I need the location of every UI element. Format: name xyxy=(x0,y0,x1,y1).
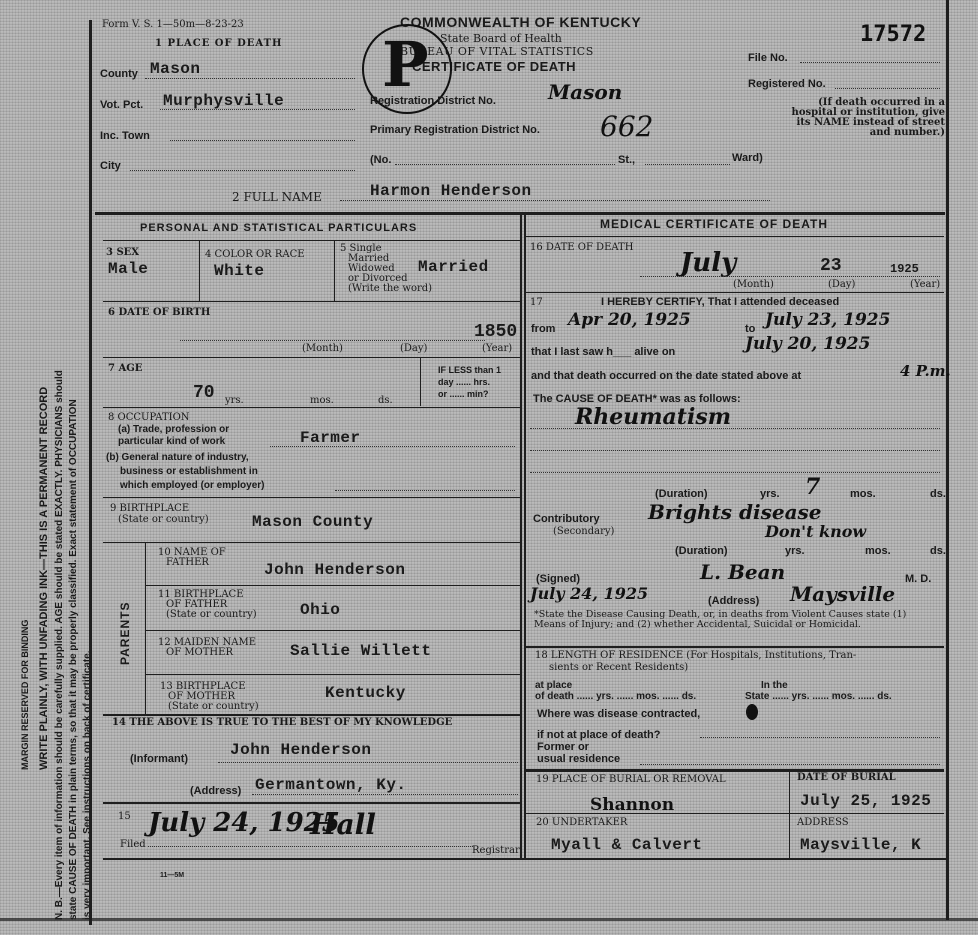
city-label: City xyxy=(100,160,121,172)
margin-write-plainly: WRITE PLAINLY, WITH UNFADING INK—THIS IS… xyxy=(38,387,50,770)
file-number-value: 17572 xyxy=(860,22,926,47)
vot-pct-label: Vot. Pct. xyxy=(100,99,143,111)
row-line xyxy=(103,407,520,408)
informant-value: John Henderson xyxy=(230,741,371,759)
occupation-label: 8 OCCUPATION xyxy=(108,413,190,423)
last-saw-label: that I last saw h___ alive on xyxy=(531,346,675,358)
occupation-b-label: (b) General nature of industry, business… xyxy=(106,451,264,493)
cell-divider xyxy=(199,241,200,301)
duration-label: (Duration) xyxy=(655,488,708,500)
institution-note: (If death occurred in a hospital or inst… xyxy=(790,98,945,138)
registrar-signature: Hall xyxy=(310,808,376,841)
certify-number: 17 xyxy=(530,298,543,308)
age-yrs-label: yrs. xyxy=(225,396,244,406)
occurred-label: and that death occurred on the date stat… xyxy=(531,370,801,382)
physician-address-value: Maysville xyxy=(790,582,895,606)
filed-field xyxy=(148,846,473,847)
age-years-value: 70 xyxy=(193,383,215,403)
full-name-value: Harmon Henderson xyxy=(370,182,532,200)
duration-ds-label: ds. xyxy=(930,488,946,500)
father-name-value: John Henderson xyxy=(264,561,405,579)
duration-mos-label: mos. xyxy=(850,488,876,500)
contributory-label: Contributory xyxy=(533,513,600,525)
race-value: White xyxy=(214,262,265,280)
registration-district-value: Mason xyxy=(548,80,622,104)
footer-code: 11—5M xyxy=(160,872,184,879)
dob-year-label: (Year) xyxy=(482,344,512,354)
death-year-label: (Year) xyxy=(910,280,940,290)
death-month-value: July xyxy=(680,248,736,278)
attended-from-value: Apr 20, 1925 xyxy=(568,310,691,330)
sex-label: 3 SEX xyxy=(106,248,139,258)
county-label: County xyxy=(100,68,138,80)
left-border xyxy=(89,20,92,925)
medical-heading: MEDICAL CERTIFICATE OF DEATH xyxy=(600,217,828,231)
sex-value: Male xyxy=(108,260,148,278)
column-divider xyxy=(520,214,522,859)
residence-at-place: at place of death ...... yrs. ...... mos… xyxy=(535,680,696,702)
race-label: 4 COLOR OR RACE xyxy=(205,250,305,260)
mother-birthplace-label: 13 BIRTHPLACE OF MOTHER (State or countr… xyxy=(160,682,259,712)
age-mos-label: mos. xyxy=(310,396,334,406)
undertaker-address-value: Maysville, K xyxy=(800,836,921,854)
parents-divider xyxy=(145,543,146,715)
secondary-label: (Secondary) xyxy=(553,527,614,537)
employer-field xyxy=(335,490,515,491)
father-name-label: 10 NAME OF FATHER xyxy=(158,548,226,568)
burial-date-value: July 25, 1925 xyxy=(800,792,931,810)
ward-label: Ward) xyxy=(732,152,763,164)
street-field xyxy=(645,164,730,165)
informant-heading: 14 THE ABOVE IS TRUE TO THE BEST OF MY K… xyxy=(112,717,452,728)
row-line xyxy=(103,802,520,804)
cause-footnote: *State the Disease Causing Death, or, in… xyxy=(534,610,939,630)
street-no-label: (No. xyxy=(370,154,391,166)
birthplace-value: Mason County xyxy=(252,513,373,531)
mother-birthplace-value: Kentucky xyxy=(325,684,406,702)
informant-address-label: (Address) xyxy=(190,785,241,797)
bottom-divider xyxy=(103,858,948,860)
full-name-label: 2 FULL NAME xyxy=(232,190,322,204)
row-line xyxy=(526,646,944,648)
occupation-value: Farmer xyxy=(300,429,361,447)
row-line xyxy=(103,240,520,241)
row-line xyxy=(526,813,944,814)
row-line xyxy=(103,497,520,498)
contracted-field xyxy=(700,737,940,738)
less-than-day-note: IF LESS than 1 day ...... hrs. or ......… xyxy=(438,364,501,400)
inc-town-field xyxy=(170,140,355,141)
contributory-value: Brights disease xyxy=(648,500,822,524)
row-line xyxy=(146,674,520,675)
county-value: Mason xyxy=(150,60,201,78)
death-certificate: MARGIN RESERVED FOR BINDING WRITE PLAINL… xyxy=(0,0,978,935)
vot-pct-field xyxy=(160,109,355,110)
commonwealth-title: COMMONWEALTH OF KENTUCKY xyxy=(400,14,641,30)
personal-heading: PERSONAL AND STATISTICAL PARTICULARS xyxy=(140,222,417,234)
last-saw-value: July 20, 1925 xyxy=(745,334,870,354)
residence-in-state: In the State ...... yrs. ...... mos. ...… xyxy=(745,680,892,702)
duration-mos-value: 7 xyxy=(805,474,820,500)
dob-year-value: 1850 xyxy=(474,322,517,342)
right-border xyxy=(946,0,949,920)
dob-field xyxy=(180,340,485,341)
filed-number: 15 xyxy=(118,812,131,822)
cause-field-1 xyxy=(530,428,940,429)
physician-address-label: (Address) xyxy=(708,595,759,607)
cell-divider xyxy=(789,770,790,858)
mother-name-value: Sallie Willett xyxy=(290,642,431,660)
registered-no-label: Registered No. xyxy=(748,78,826,90)
father-birthplace-label: 11 BIRTHPLACE OF FATHER (State or countr… xyxy=(158,590,257,620)
duration-yrs-label: yrs. xyxy=(760,488,780,500)
dob-day-label: (Day) xyxy=(400,344,427,354)
residence-heading: 18 LENGTH OF RESIDENCE (For Hospitals, I… xyxy=(535,650,856,674)
street-label: St., xyxy=(618,154,635,166)
contributory-value-2: Don't know xyxy=(765,522,866,541)
file-no-label: File No. xyxy=(748,52,788,64)
age-label: 7 AGE xyxy=(108,364,142,374)
informant-field xyxy=(218,762,518,763)
dob-label: 6 DATE OF BIRTH xyxy=(108,308,210,318)
disease-contracted-label: Where was disease contracted, if not at … xyxy=(537,704,700,746)
undertaker-value: Myall & Calvert xyxy=(551,836,703,854)
row-line xyxy=(103,357,520,358)
margin-instructions-1: N. B.—Every item of information should b… xyxy=(54,370,65,920)
county-field xyxy=(145,78,355,79)
informant-address-field xyxy=(252,794,518,795)
place-of-death-heading: 1 PLACE OF DEATH xyxy=(155,38,283,49)
burial-date-label: DATE OF BURIAL xyxy=(797,773,896,783)
file-no-field xyxy=(800,62,940,63)
board-of-health: State Board of Health xyxy=(440,32,562,45)
informant-address-value: Germantown, Ky. xyxy=(255,776,407,794)
dob-month-label: (Month) xyxy=(302,344,343,354)
duration-ds-label-2: ds. xyxy=(930,545,946,557)
margin-instructions-2: state CAUSE OF DEATH in plain terms, so … xyxy=(68,399,79,920)
filed-label: Filed xyxy=(120,840,146,850)
occupation-field xyxy=(270,446,515,447)
column-divider-2 xyxy=(524,214,526,859)
vot-pct-value: Murphysville xyxy=(163,92,284,110)
row-line xyxy=(526,292,944,293)
duration-mos-label-2: mos. xyxy=(865,545,891,557)
row-line xyxy=(526,236,944,237)
signed-value: L. Bean xyxy=(700,560,785,584)
duration-label-2: (Duration) xyxy=(675,545,728,557)
cause-value: Rheumatism xyxy=(575,404,731,430)
street-no-field xyxy=(395,164,615,165)
former-residence-field xyxy=(640,764,940,765)
marital-value: Married xyxy=(418,258,489,276)
full-name-field xyxy=(340,200,770,201)
registration-district-label: Registration District No. xyxy=(370,95,496,107)
burial-place-label: 19 PLACE OF BURIAL OR REMOVAL xyxy=(536,775,726,785)
primary-district-value: 662 xyxy=(600,110,653,143)
primary-district-label: Primary Registration District No. xyxy=(370,124,540,136)
death-date-field xyxy=(640,276,940,277)
age-ds-label: ds. xyxy=(378,396,393,406)
registered-no-field xyxy=(835,88,940,89)
undertaker-address-label: ADDRESS xyxy=(797,818,849,828)
row-line xyxy=(146,585,520,586)
page-bottom-edge xyxy=(0,918,978,921)
row-line xyxy=(103,301,520,302)
inc-town-label: Inc. Town xyxy=(100,130,150,142)
signed-suffix: M. D. xyxy=(905,573,931,585)
occupation-a-label: (a) Trade, profession or particular kind… xyxy=(118,424,229,448)
attended-to-value: July 23, 1925 xyxy=(765,310,890,330)
row-line xyxy=(103,542,520,543)
former-residence-label: Former or usual residence xyxy=(537,741,620,765)
cause-field-3 xyxy=(530,472,940,473)
mother-name-label: 12 MAIDEN NAME OF MOTHER xyxy=(158,638,256,658)
row-line xyxy=(103,714,520,716)
form-number: Form V. S. 1—50m—8-23-23 xyxy=(102,20,244,30)
city-field xyxy=(130,170,355,171)
death-date-label: 16 DATE OF DEATH xyxy=(530,243,633,253)
cell-divider xyxy=(420,358,421,406)
signed-date-value: July 24, 1925 xyxy=(530,584,648,603)
from-label: from xyxy=(531,323,555,335)
registrar-label: Registrar xyxy=(472,846,520,856)
death-day-label: (Day) xyxy=(828,280,855,290)
burial-place-value: Shannon xyxy=(590,795,674,815)
ink-blot xyxy=(746,704,758,720)
certify-text: I HEREBY CERTIFY, That I attended deceas… xyxy=(601,296,839,308)
occurred-time-value: 4 P.m. xyxy=(900,362,951,380)
margin-binding-note: MARGIN RESERVED FOR BINDING xyxy=(20,620,30,770)
informant-label: (Informant) xyxy=(130,753,188,765)
cause-field-2 xyxy=(530,450,940,451)
father-birthplace-value: Ohio xyxy=(300,601,340,619)
row-line xyxy=(146,630,520,631)
parents-label: PARENTS xyxy=(118,602,132,665)
duration-yrs-label-2: yrs. xyxy=(785,545,805,557)
birthplace-label: 9 BIRTHPLACE (State or country) xyxy=(110,503,209,525)
death-year-value: 1925 xyxy=(890,262,919,276)
death-day-value: 23 xyxy=(820,256,842,276)
death-month-label: (Month) xyxy=(733,280,774,290)
cell-divider xyxy=(334,241,335,301)
undertaker-label: 20 UNDERTAKER xyxy=(536,818,627,828)
